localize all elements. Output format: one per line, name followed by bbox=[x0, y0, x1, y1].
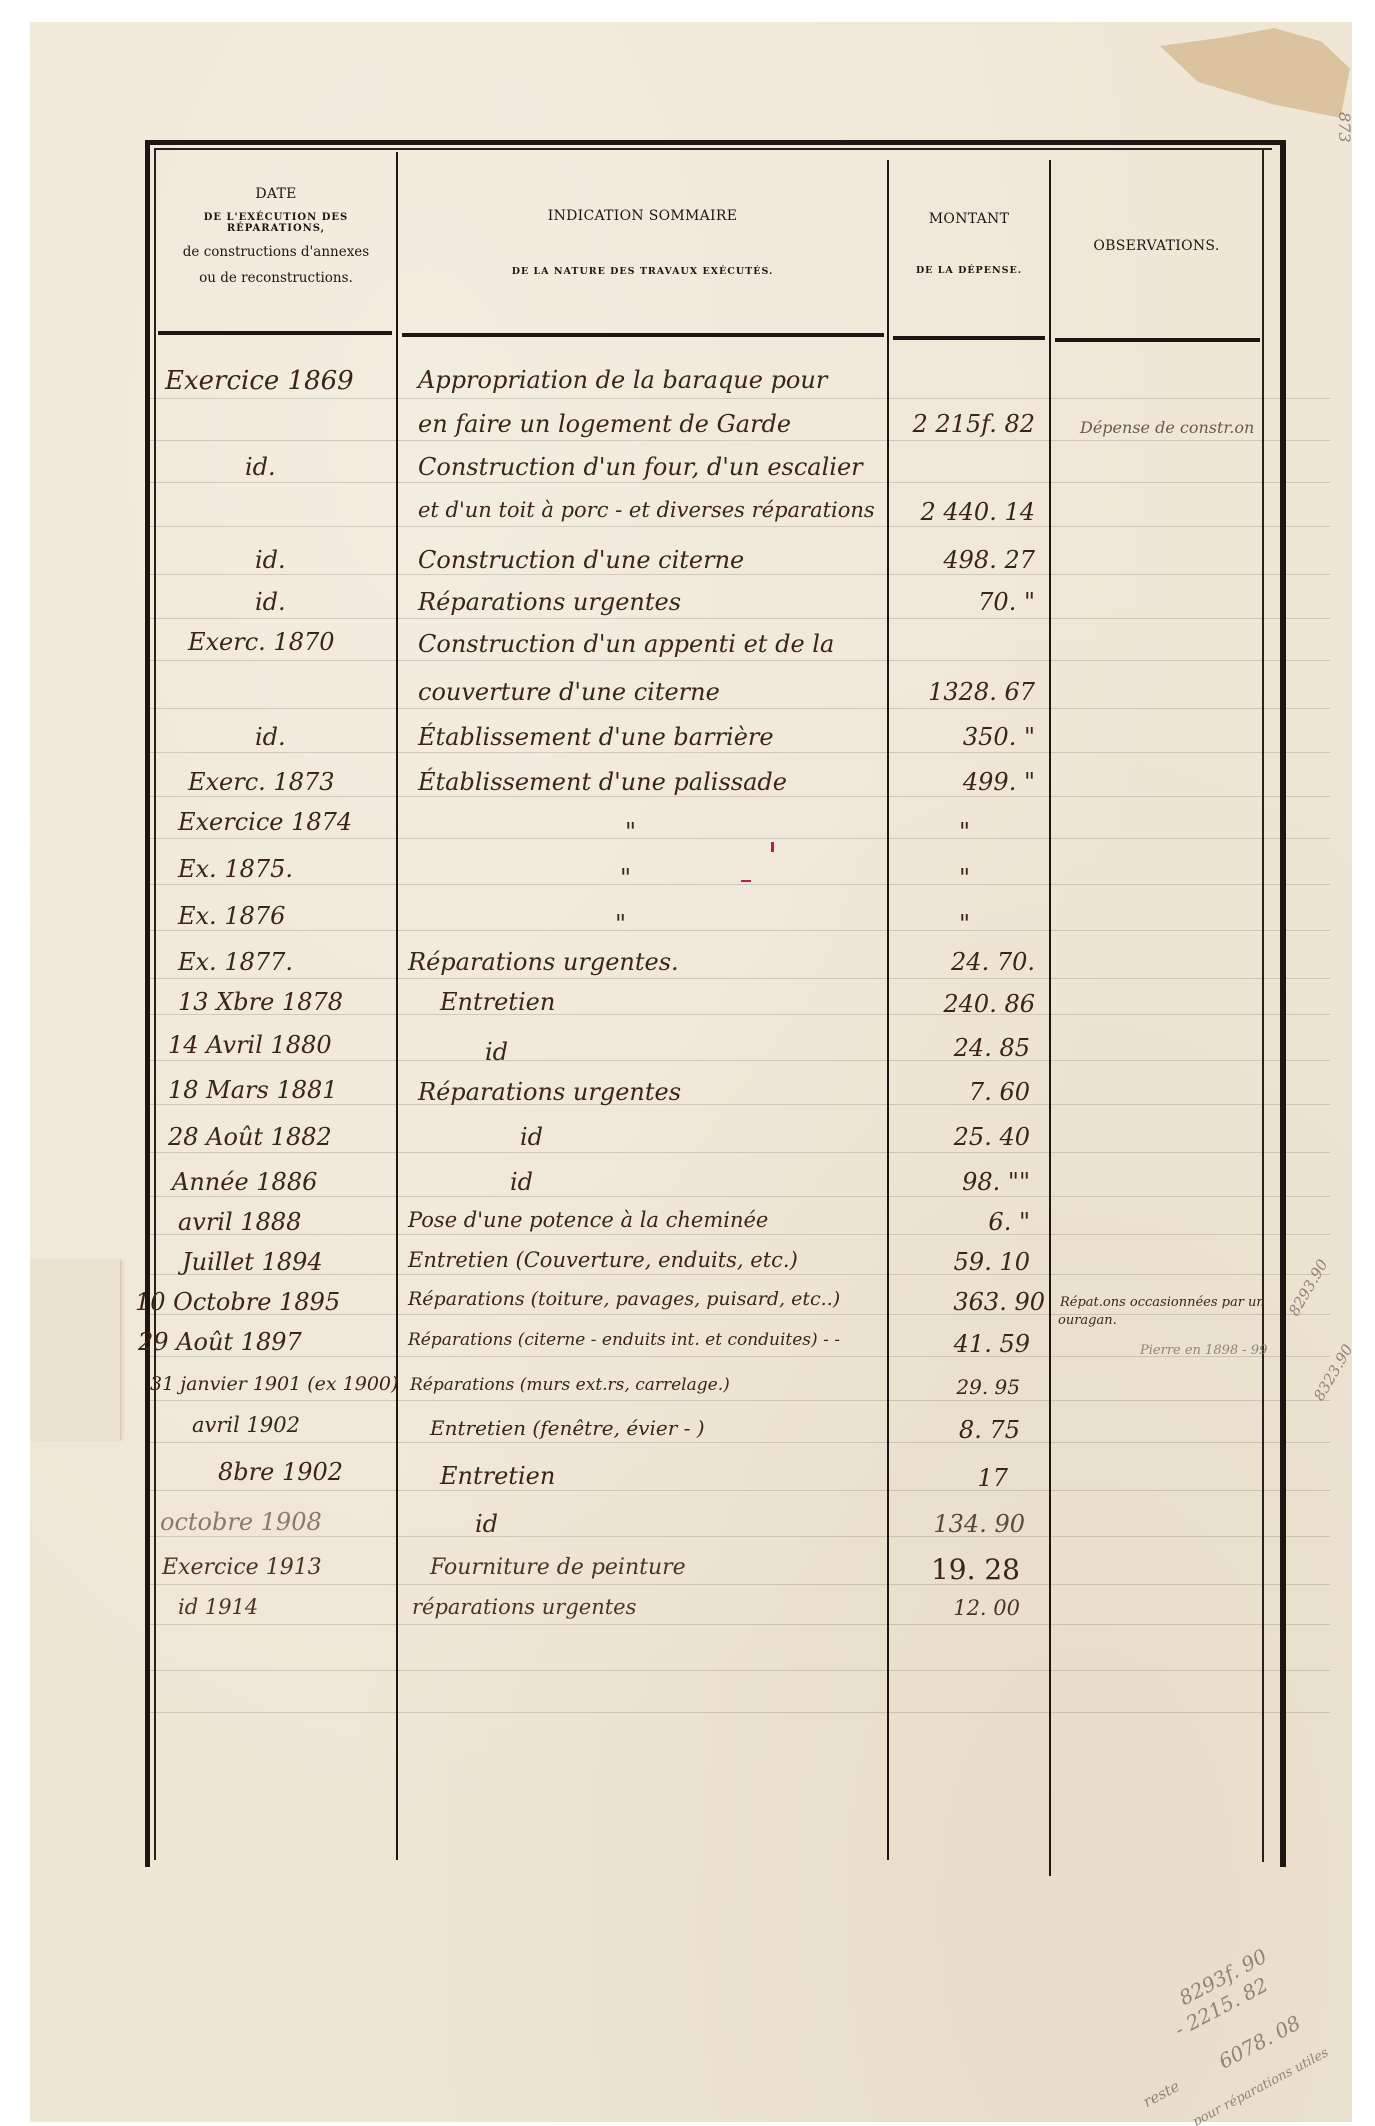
row-amount: 12. 00 bbox=[870, 1598, 1020, 1619]
row-nature: Établissement d'une barrière bbox=[418, 725, 774, 749]
observation-note: Répat.ons occasionnées par un bbox=[1060, 1295, 1265, 1310]
row-amount: 2 440. 14 bbox=[885, 500, 1035, 524]
row-amount: 24. 85 bbox=[880, 1036, 1030, 1060]
row-amount: 17 bbox=[858, 1466, 1008, 1490]
row-nature: Établissement d'une palissade bbox=[418, 770, 787, 794]
row-nature: Pose d'une potence à la cheminée bbox=[408, 1210, 768, 1231]
row-nature: Entretien (fenêtre, évier - ) bbox=[430, 1418, 705, 1438]
row-nature: id bbox=[510, 1170, 533, 1194]
table-inner-border bbox=[154, 148, 1272, 150]
row-amount: 499. " bbox=[885, 770, 1035, 794]
row-nature: Appropriation de la baraque pour bbox=[418, 368, 827, 392]
row-amount: 41. 59 bbox=[880, 1332, 1030, 1356]
row-date: id. bbox=[255, 548, 286, 572]
row-nature: couverture d'une citerne bbox=[418, 680, 720, 704]
row-amount: 24. 70. bbox=[885, 950, 1035, 974]
row-nature: " bbox=[615, 912, 626, 936]
row-date: Exercice 1869 bbox=[165, 368, 354, 394]
date-column-header: DATE DE L'EXÉCUTION DES RÉPARATIONS, de … bbox=[156, 186, 396, 286]
page-number-note: 873 bbox=[1335, 112, 1354, 143]
observation-note: Dépense de constr.on bbox=[1080, 418, 1254, 437]
observations-column-header: OBSERVATIONS. bbox=[1051, 238, 1262, 254]
torn-edge-flap bbox=[30, 1260, 121, 1440]
ink-mark bbox=[771, 842, 774, 852]
row-nature: Fourniture de peinture bbox=[430, 1557, 686, 1579]
row-date: Juillet 1894 bbox=[182, 1250, 323, 1274]
row-date: id. bbox=[255, 590, 286, 614]
row-date: Ex. 1877. bbox=[178, 950, 293, 974]
row-date: id. bbox=[245, 455, 276, 479]
row-amount: 498. 27 bbox=[885, 548, 1035, 572]
row-amount: 240. 86 bbox=[885, 992, 1035, 1016]
row-nature: Réparations (toiture, pavages, puisard, … bbox=[408, 1290, 840, 1309]
row-amount: 70. " bbox=[885, 590, 1035, 614]
column-divider bbox=[396, 152, 398, 1860]
row-date: 31 janvier 1901 (ex 1900) bbox=[150, 1375, 398, 1394]
row-date: 18 Mars 1881 bbox=[168, 1078, 338, 1102]
row-date: 13 Xbre 1878 bbox=[178, 990, 343, 1014]
row-nature: en faire un logement de Garde bbox=[418, 412, 791, 436]
row-nature: Réparations (citerne - enduits int. et c… bbox=[408, 1332, 840, 1349]
pencil-note: Pierre en 1898 - 99 bbox=[1140, 1343, 1267, 1358]
header-underline bbox=[893, 336, 1045, 340]
observations-header-title: OBSERVATIONS. bbox=[1051, 238, 1262, 254]
date-header-title: DATE bbox=[156, 186, 396, 202]
amount-header-title: MONTANT bbox=[889, 211, 1049, 227]
row-amount: 25. 40 bbox=[880, 1125, 1030, 1149]
row-nature: et d'un toit à porc - et diverses répara… bbox=[418, 500, 875, 521]
row-date: Exercice 1874 bbox=[178, 810, 352, 834]
nature-column-header: INDICATION SOMMAIRE DE LA NATURE DES TRA… bbox=[398, 208, 887, 277]
row-date: 29 Août 1897 bbox=[138, 1330, 302, 1354]
row-amount: 2 215f. 82 bbox=[885, 412, 1035, 436]
nature-header-subtitle: DE LA NATURE DES TRAVAUX EXÉCUTÉS. bbox=[398, 266, 887, 277]
nature-header-title: INDICATION SOMMAIRE bbox=[398, 208, 887, 224]
row-nature: Entretien bbox=[440, 1464, 555, 1488]
row-nature: Réparations (murs ext.rs, carrelage.) bbox=[410, 1377, 730, 1394]
row-nature: id bbox=[475, 1512, 498, 1536]
row-nature: " bbox=[625, 820, 636, 844]
row-amount: 7. 60 bbox=[880, 1080, 1030, 1104]
row-date: avril 1888 bbox=[178, 1210, 301, 1234]
row-nature: Construction d'une citerne bbox=[418, 548, 744, 572]
row-nature: Construction d'un appenti et de la bbox=[418, 632, 834, 656]
row-amount: 29. 95 bbox=[870, 1377, 1020, 1397]
row-amount: 350. " bbox=[885, 725, 1035, 749]
row-amount: " bbox=[820, 912, 970, 936]
row-amount: 19. 28 bbox=[870, 1556, 1020, 1584]
row-nature: Réparations urgentes bbox=[418, 1080, 681, 1104]
ink-mark bbox=[741, 880, 751, 882]
row-date: Exercice 1913 bbox=[162, 1557, 322, 1579]
row-amount: 1328. 67 bbox=[885, 680, 1035, 704]
row-date: 8bre 1902 bbox=[218, 1460, 343, 1484]
row-date: 14 Avril 1880 bbox=[168, 1033, 332, 1057]
row-date: Ex. 1876 bbox=[178, 904, 285, 928]
table-inner-border bbox=[1262, 148, 1264, 1862]
row-date: 28 Août 1882 bbox=[168, 1125, 332, 1149]
row-amount: 6. " bbox=[880, 1210, 1030, 1234]
row-amount: 98. "" bbox=[880, 1170, 1030, 1194]
row-nature: id bbox=[485, 1040, 508, 1064]
header-underline bbox=[158, 331, 392, 335]
row-nature: Réparations urgentes bbox=[418, 590, 681, 614]
row-nature: Construction d'un four, d'un escalier bbox=[418, 455, 863, 479]
row-date: octobre 1908 bbox=[160, 1510, 322, 1534]
observation-note: ouragan. bbox=[1058, 1313, 1117, 1328]
row-date: id 1914 bbox=[178, 1597, 258, 1618]
row-date: Exerc. 1873 bbox=[188, 770, 335, 794]
header-underline bbox=[402, 333, 884, 337]
date-header-line1: DE L'EXÉCUTION DES RÉPARATIONS, bbox=[156, 212, 396, 234]
header-underline bbox=[1055, 338, 1260, 342]
amount-header-subtitle: DE LA DÉPENSE. bbox=[889, 265, 1049, 276]
row-date: Exerc. 1870 bbox=[188, 630, 335, 654]
row-nature: " bbox=[620, 866, 631, 890]
row-nature: Réparations urgentes. bbox=[408, 950, 679, 974]
date-header-line2: de constructions d'annexes bbox=[156, 244, 396, 260]
row-date: id. bbox=[255, 725, 286, 749]
amount-column-header: MONTANT DE LA DÉPENSE. bbox=[889, 211, 1049, 276]
row-nature: id bbox=[520, 1125, 543, 1149]
row-nature: Entretien bbox=[440, 990, 555, 1014]
row-amount: 59. 10 bbox=[880, 1250, 1030, 1274]
date-header-line3: ou de reconstructions. bbox=[156, 270, 396, 286]
row-amount: " bbox=[820, 820, 970, 844]
row-amount: 134. 90 bbox=[875, 1512, 1025, 1536]
row-amount: 363. 90 bbox=[895, 1290, 1045, 1314]
row-amount: " bbox=[820, 866, 970, 890]
row-nature: réparations urgentes bbox=[412, 1597, 636, 1618]
column-divider bbox=[1049, 160, 1051, 1876]
row-nature: Entretien (Couverture, enduits, etc.) bbox=[408, 1250, 798, 1271]
table-inner-border bbox=[154, 148, 156, 1860]
row-date: Année 1886 bbox=[172, 1170, 317, 1194]
row-date: Ex. 1875. bbox=[178, 857, 293, 881]
row-date: 10 Octobre 1895 bbox=[135, 1290, 340, 1314]
row-amount: 8. 75 bbox=[870, 1418, 1020, 1442]
row-date: avril 1902 bbox=[192, 1415, 300, 1436]
